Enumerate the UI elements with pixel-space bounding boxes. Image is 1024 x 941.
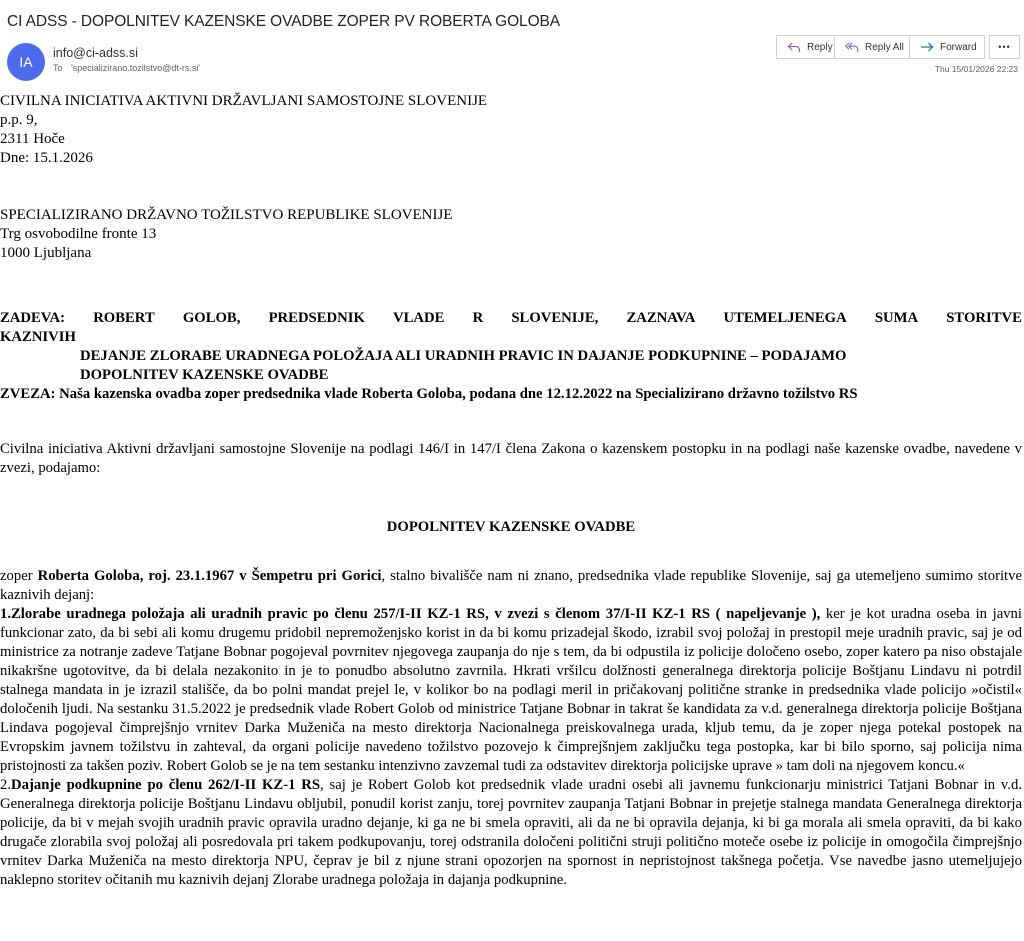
zadeva-word: SLOVENIJE, bbox=[511, 309, 598, 328]
recipient-block: SPECIALIZIRANO DRŽAVNO TOŽILSTVO REPUBLI… bbox=[0, 206, 1022, 263]
zadeva-word: ZADEVA: bbox=[0, 309, 65, 328]
subject-section: ZADEVA:ROBERTGOLOB,PREDSEDNIKVLADERSLOVE… bbox=[0, 309, 1022, 404]
reply-icon bbox=[787, 40, 801, 54]
zadeva-indent-1: DEJANJE ZLORABE URADNEGA POLOŽAJA ALI UR… bbox=[0, 347, 1022, 366]
avatar-initials: IA bbox=[19, 54, 32, 70]
charge-1-text: ker je kot uradna oseba in javni funkcio… bbox=[0, 606, 1022, 774]
charge-1: 1.Zlorabe uradnega položaja ali uradnih … bbox=[0, 605, 1022, 776]
message-actions: Reply Reply All Forward ••• bbox=[776, 35, 1020, 59]
charge-2-title: Dajanje podkupnine po členu 262/I-II KZ-… bbox=[11, 777, 320, 793]
email-subject: CI ADSS - DOPOLNITEV KAZENSKE OVADBE ZOP… bbox=[7, 13, 560, 31]
letter-date: Dne: 15.1.2026 bbox=[0, 149, 1022, 168]
document-title: DOPOLNITEV KAZENSKE OVADBE bbox=[0, 518, 1022, 537]
sender-address[interactable]: info@ci-adss.si bbox=[53, 46, 138, 60]
forward-icon bbox=[920, 40, 934, 54]
reply-button[interactable]: Reply bbox=[777, 36, 835, 58]
sender-avatar[interactable]: IA bbox=[7, 43, 45, 81]
zadeva-indent-2: DOPOLNITEV KAZENSKE OVADBE bbox=[0, 366, 1022, 385]
zadeva-word: ROBERT bbox=[93, 309, 155, 328]
message-body: CIVILNA INICIATIVA AKTIVNI DRŽAVLJANI SA… bbox=[0, 92, 1022, 890]
more-icon: ••• bbox=[998, 42, 1010, 52]
zadeva-word: GOLOB, bbox=[183, 309, 241, 328]
zadeva-word: STORITVE bbox=[946, 309, 1022, 328]
recipient-org: SPECIALIZIRANO DRŽAVNO TOŽILSTVO REPUBLI… bbox=[0, 206, 1022, 225]
reply-all-button[interactable]: Reply All bbox=[835, 36, 910, 58]
zadeva-line-2: KAZNIVIH bbox=[0, 328, 1022, 347]
charge-2-text: , saj je Robert Golob kot predsednik vla… bbox=[0, 777, 1022, 888]
zadeva-word: UTEMELJENEGA bbox=[723, 309, 846, 328]
recipient-city: 1000 Ljubljana bbox=[0, 244, 1022, 263]
intro-paragraph: Civilna iniciativa Aktivni državljani sa… bbox=[0, 440, 1022, 478]
accusation-body: zoper Roberta Goloba, roj. 23.1.1967 v Š… bbox=[0, 567, 1022, 890]
accused-name: Roberta Goloba, roj. 23.1.1967 v Šempetr… bbox=[38, 568, 382, 584]
charge-1-title: 1.Zlorabe uradnega položaja ali uradnih … bbox=[0, 606, 820, 622]
to-label: To bbox=[53, 63, 63, 73]
zadeva-word: PREDSEDNIK bbox=[269, 309, 365, 328]
charge-2: 2.Dajanje podkupnine po členu 262/I-II K… bbox=[0, 776, 1022, 890]
sender-city: 2311 Hoče bbox=[0, 130, 1022, 149]
reply-label: Reply bbox=[807, 42, 833, 53]
zadeva-word: SUMA bbox=[875, 309, 918, 328]
forward-button[interactable]: Forward bbox=[910, 36, 984, 58]
zadeva-line: ZADEVA:ROBERTGOLOB,PREDSEDNIKVLADERSLOVE… bbox=[0, 309, 1022, 328]
zadeva-word: VLADE bbox=[393, 309, 444, 328]
received-timestamp: Thu 15/01/2026 22:23 bbox=[935, 64, 1018, 74]
reply-all-icon bbox=[845, 40, 859, 54]
recipient-line: To 'specializirano.tozilstvo@dt-rs.si' bbox=[53, 63, 200, 73]
sender-block: CIVILNA INICIATIVA AKTIVNI DRŽAVLJANI SA… bbox=[0, 92, 1022, 168]
zadeva-word: ZAZNAVA bbox=[626, 309, 695, 328]
zveza-line: ZVEZA: Naša kazenska ovadba zoper predse… bbox=[0, 385, 1022, 404]
reply-actions-group: Reply Reply All Forward bbox=[776, 35, 985, 59]
zadeva-word: R bbox=[473, 309, 484, 328]
recipient-address[interactable]: 'specializirano.tozilstvo@dt-rs.si' bbox=[71, 63, 200, 73]
more-actions-button[interactable]: ••• bbox=[989, 35, 1020, 59]
forward-label: Forward bbox=[940, 42, 977, 53]
sender-po-box: p.p. 9, bbox=[0, 111, 1022, 130]
recipient-street: Trg osvobodilne fronte 13 bbox=[0, 225, 1022, 244]
zoper-paragraph: zoper Roberta Goloba, roj. 23.1.1967 v Š… bbox=[0, 567, 1022, 605]
reply-all-label: Reply All bbox=[865, 42, 904, 53]
sender-org: CIVILNA INICIATIVA AKTIVNI DRŽAVLJANI SA… bbox=[0, 92, 1022, 111]
